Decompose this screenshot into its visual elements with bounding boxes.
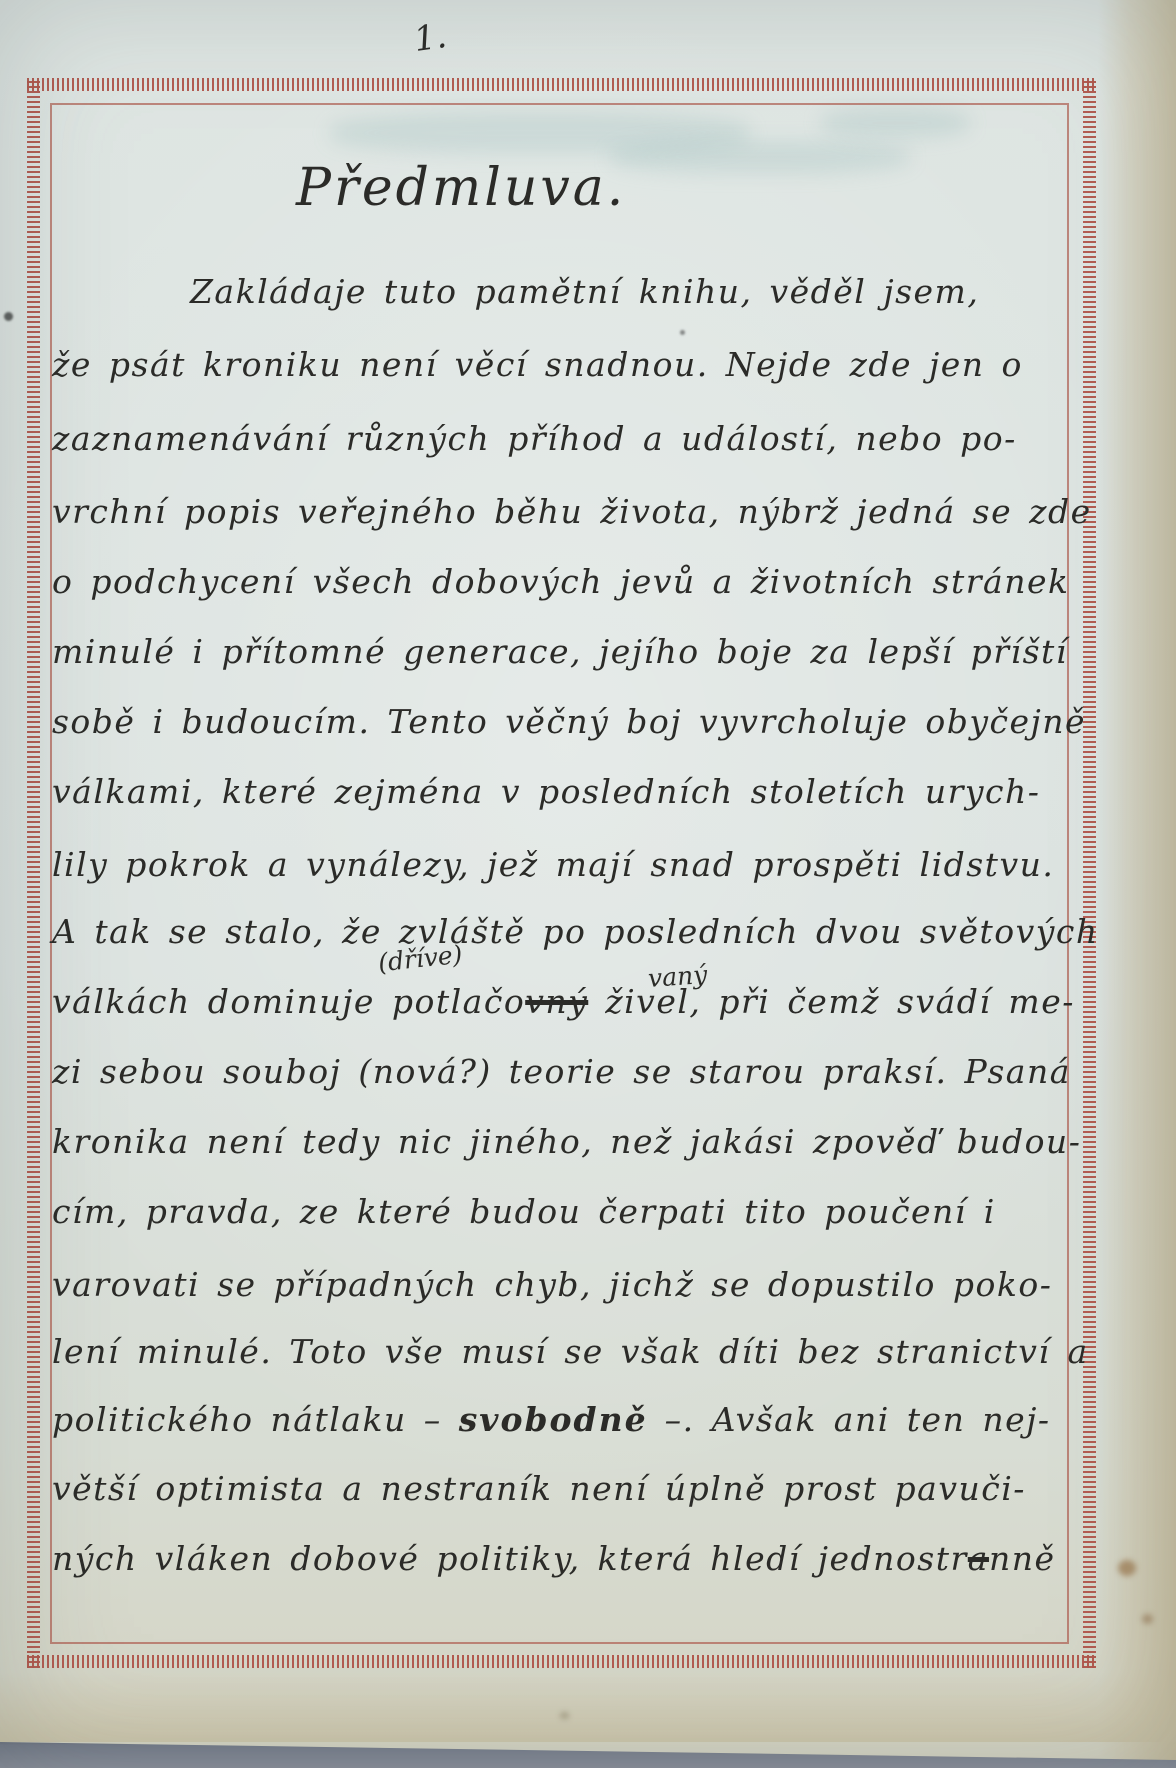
ink-speck (680, 330, 685, 335)
paper-stain (1118, 1560, 1136, 1576)
manuscript-line: lení minulé. Toto vše musí se však díti … (52, 1332, 1089, 1371)
struck-text: a (968, 1539, 989, 1578)
manuscript-line: politického nátlaku – svobodně –. Avšak … (52, 1400, 1050, 1439)
handwritten-text: varovati se případných chyb, jichž se do… (52, 1265, 1052, 1304)
manuscript-line: lily pokrok a vynálezy, jež mají snad pr… (52, 845, 1054, 884)
manuscript-line: že psát kroniku není věcí snadnou. Nejde… (52, 345, 1023, 384)
border-band-bottom (27, 1655, 1096, 1668)
handwritten-text: válkách dominuje potlačo (52, 982, 525, 1021)
emphasized-text: svobodně (459, 1400, 648, 1439)
border-band-right (1083, 78, 1096, 1668)
manuscript-line: kronika není tedy nic jiného, než jakási… (52, 1122, 1081, 1161)
paper-stain (560, 1712, 569, 1719)
manuscript-line: o podchycení všech dobových jevů a život… (52, 562, 1069, 601)
handwritten-text: Zakládaje tuto pamětní knihu, věděl jsem… (190, 272, 979, 311)
manuscript-line: minulé i přítomné generace, jejího boje … (52, 632, 1068, 671)
handwritten-text: větší optimista a nestraník není úplně p… (52, 1469, 1026, 1508)
manuscript-line: zi sebou souboj (nová?) teorie se starou… (52, 1052, 1071, 1091)
manuscript-line: Zakládaje tuto pamětní knihu, věděl jsem… (52, 272, 979, 311)
manuscript-line: ných vláken dobové politiky, která hledí… (52, 1539, 1056, 1578)
handwritten-text: nně (989, 1539, 1056, 1578)
handwritten-text: lily pokrok a vynálezy, jež mají snad pr… (52, 845, 1054, 884)
manuscript-line: vrchní popis veřejného běhu života, nýbr… (52, 492, 1092, 531)
page-title: Předmluva. (296, 158, 626, 218)
manuscript-line: válkami, které zejména v posledních stol… (52, 772, 1040, 811)
handwritten-text: kronika není tedy nic jiného, než jakási… (52, 1122, 1081, 1161)
handwritten-text: zaznamenávání různých příhod a událostí,… (52, 419, 1017, 458)
handwritten-text: že psát kroniku není věcí snadnou. Nejde… (52, 345, 1023, 384)
ink-speck (4, 312, 13, 321)
manuscript-line: větší optimista a nestraník není úplně p… (52, 1469, 1026, 1508)
handwritten-text: válkami, které zejména v posledních stol… (52, 772, 1040, 811)
handwritten-text: sobě i budoucím. Tento věčný boj vyvrcho… (52, 702, 1086, 741)
handwritten-text: vrchní popis veřejného běhu života, nýbr… (52, 492, 1092, 531)
handwritten-text: zi sebou souboj (nová?) teorie se starou… (52, 1052, 1071, 1091)
page-edge-right (1098, 0, 1176, 1768)
interlinear-insertion-vany: vaný (647, 960, 708, 993)
handwritten-text: minulé i přítomné generace, jejího boje … (52, 632, 1068, 671)
handwritten-text: lení minulé. Toto vše musí se však díti … (52, 1332, 1089, 1371)
manuscript-line: cím, pravda, ze které budou čerpati tito… (52, 1192, 996, 1231)
manuscript-line: A tak se stalo, že zvláště po posledních… (52, 912, 1099, 951)
paper-stain (1142, 1614, 1153, 1624)
page-number: 1. (411, 16, 449, 60)
border-band-left (27, 78, 40, 1668)
handwritten-text: ných vláken dobové politiky, která hledí… (52, 1539, 968, 1578)
struck-text: vný (525, 982, 588, 1021)
handwritten-text: politického nátlaku – (52, 1400, 459, 1439)
handwritten-text: –. Avšak ani ten nej- (648, 1400, 1051, 1439)
page-edge-bottom (0, 1672, 1176, 1742)
border-band-top (27, 78, 1096, 91)
handwritten-text: o podchycení všech dobových jevů a život… (52, 562, 1069, 601)
manuscript-line: sobě i budoucím. Tento věčný boj vyvrcho… (52, 702, 1086, 741)
manuscript-line: zaznamenávání různých příhod a událostí,… (52, 419, 1017, 458)
chronicle-page-photo: 1. Předmluva. Zakládaje tuto pamětní kni… (0, 0, 1176, 1768)
manuscript-line: válkách dominuje potlačovný živel, při č… (52, 982, 1075, 1021)
handwritten-text: cím, pravda, ze které budou čerpati tito… (52, 1192, 996, 1231)
manuscript-line: varovati se případných chyb, jichž se do… (52, 1265, 1052, 1304)
handwritten-text: A tak se stalo, že zvláště po posledních… (52, 912, 1099, 951)
